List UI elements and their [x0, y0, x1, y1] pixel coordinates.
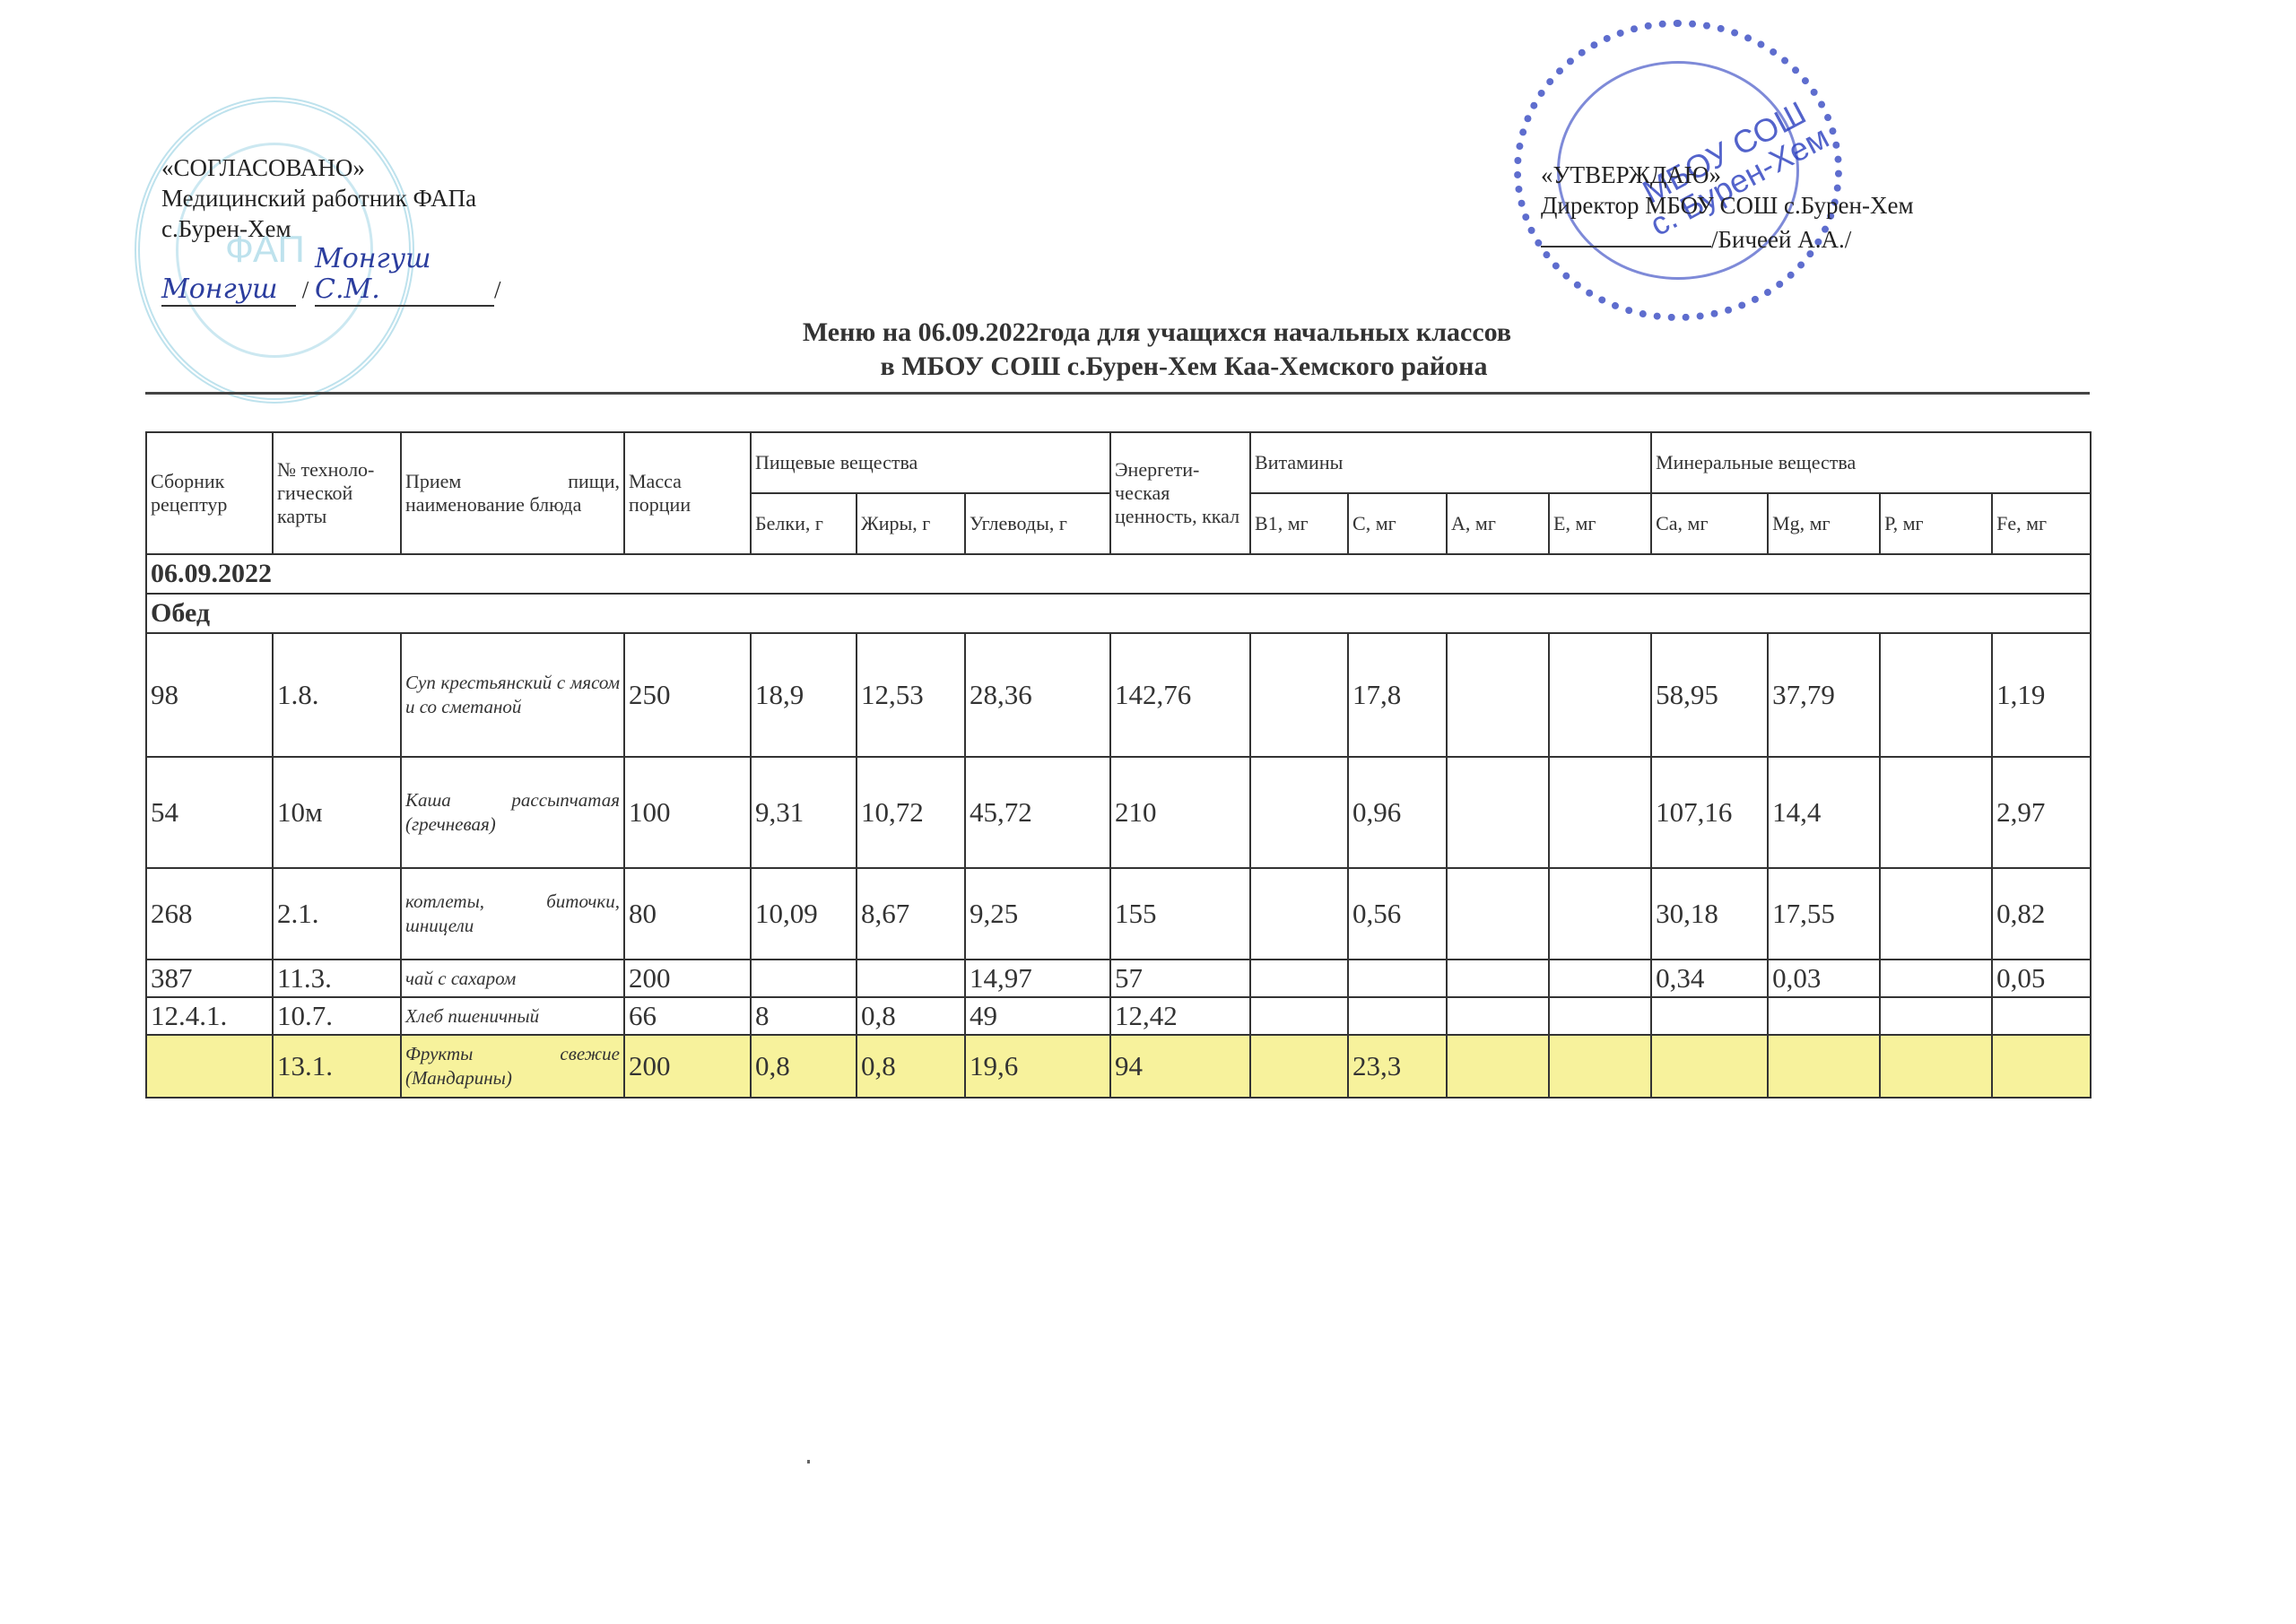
cell-dish: чай с сахаром — [401, 960, 624, 997]
cell-fat: 0,8 — [857, 997, 965, 1035]
approval-right-block: «УТВЕРЖДАЮ» Директор МБОУ СОШ с.Бурен-Хе… — [1541, 160, 1914, 255]
approval-heading: «СОГЛАСОВАНО» — [161, 152, 501, 183]
cell-mg: 37,79 — [1768, 633, 1880, 757]
header-protein: Белки, г — [751, 493, 857, 554]
cell-tech-card: 10.7. — [273, 997, 401, 1035]
cell-portion: 80 — [624, 868, 751, 960]
director-name: /Бичеей А.А./ — [1711, 226, 1851, 253]
cell-b1 — [1250, 633, 1348, 757]
cell-energy: 12,42 — [1110, 997, 1250, 1035]
cell-protein: 18,9 — [751, 633, 857, 757]
cell-p — [1880, 633, 1992, 757]
meal-row: Обед — [146, 594, 2091, 633]
cell-mg — [1768, 1035, 1880, 1098]
signature-line: /Бичеей А.А./ — [1541, 221, 1914, 255]
header-collection: Сборник рецептур — [146, 432, 273, 554]
header-mg: Mg, мг — [1768, 493, 1880, 554]
cell-portion: 100 — [624, 757, 751, 868]
table-row: 981.8.Суп крестьянский с мясом и со смет… — [146, 633, 2091, 757]
cell-ca — [1651, 997, 1768, 1035]
meal-label: Обед — [146, 594, 2091, 633]
menu-rows: 981.8.Суп крестьянский с мясом и со смет… — [146, 633, 2091, 1098]
date-label: 06.09.2022 — [146, 554, 2091, 594]
cell-fat — [857, 960, 965, 997]
cell-a — [1447, 997, 1549, 1035]
cell-b1 — [1250, 960, 1348, 997]
cell-carbs: 49 — [965, 997, 1110, 1035]
table-row: 13.1.Фрукты свежие (Мандарины)2000,80,81… — [146, 1035, 2091, 1098]
table-row: 12.4.1.10.7.Хлеб пшеничный6680,84912,42 — [146, 997, 2091, 1035]
cell-p — [1880, 868, 1992, 960]
signature-blank — [1541, 221, 1711, 248]
header-p: Р, мг — [1880, 493, 1992, 554]
approval-left-block: «СОГЛАСОВАНО» Медицинский работник ФАПа … — [161, 152, 501, 307]
header-row-1: Сборник рецептур № техноло-гической карт… — [146, 432, 2091, 493]
header-ca: Са, мг — [1651, 493, 1768, 554]
cell-fe: 0,05 — [1992, 960, 2091, 997]
cell-energy: 94 — [1110, 1035, 1250, 1098]
cell-mg: 14,4 — [1768, 757, 1880, 868]
cell-fat: 8,67 — [857, 868, 965, 960]
cell-protein: 9,31 — [751, 757, 857, 868]
table-row: 38711.3.чай с сахаром20014,97570,340,030… — [146, 960, 2091, 997]
cell-fat: 0,8 — [857, 1035, 965, 1098]
header-fe: Fe, мг — [1992, 493, 2091, 554]
cell-p — [1880, 997, 1992, 1035]
header-c: С, мг — [1348, 493, 1447, 554]
cell-protein: 10,09 — [751, 868, 857, 960]
cell-energy: 57 — [1110, 960, 1250, 997]
cell-energy: 142,76 — [1110, 633, 1250, 757]
header-nutrients: Пищевые вещества — [751, 432, 1110, 493]
page-title: Меню на 06.09.2022года для учащихся нача… — [0, 316, 2296, 384]
cell-portion: 66 — [624, 997, 751, 1035]
header-dish: Прием пищи, наименование блюда — [401, 432, 624, 554]
cell-protein: 0,8 — [751, 1035, 857, 1098]
cell-a — [1447, 757, 1549, 868]
cell-tech-card: 1.8. — [273, 633, 401, 757]
cell-collection: 12.4.1. — [146, 997, 273, 1035]
cell-tech-card: 13.1. — [273, 1035, 401, 1098]
cell-c — [1348, 997, 1447, 1035]
cell-ca: 58,95 — [1651, 633, 1768, 757]
title-line-1: Меню на 06.09.2022года для учащихся нача… — [0, 316, 2296, 350]
header-carbs: Углеводы, г — [965, 493, 1110, 554]
cell-fe: 2,97 — [1992, 757, 2091, 868]
cell-fe — [1992, 997, 2091, 1035]
approval-village: с.Бурен-Хем — [161, 213, 501, 244]
cell-carbs: 9,25 — [965, 868, 1110, 960]
cell-fe: 0,82 — [1992, 868, 2091, 960]
cell-a — [1447, 868, 1549, 960]
cell-dish: котлеты, биточки, шницели — [401, 868, 624, 960]
cell-dish: Хлеб пшеничный — [401, 997, 624, 1035]
table-row: 5410мКаша рассыпчатая (гречневая)1009,31… — [146, 757, 2091, 868]
header-tech-card: № техноло-гической карты — [273, 432, 401, 554]
cell-carbs: 14,97 — [965, 960, 1110, 997]
cell-collection — [146, 1035, 273, 1098]
cell-energy: 210 — [1110, 757, 1250, 868]
cell-e — [1549, 997, 1651, 1035]
cell-c: 17,8 — [1348, 633, 1447, 757]
cell-fe — [1992, 1035, 2091, 1098]
signature-name: Монгуш С.М. — [315, 244, 494, 307]
cell-protein — [751, 960, 857, 997]
cell-b1 — [1250, 868, 1348, 960]
cell-p — [1880, 960, 1992, 997]
cell-tech-card: 2.1. — [273, 868, 401, 960]
cell-fat: 12,53 — [857, 633, 965, 757]
cell-portion: 250 — [624, 633, 751, 757]
approval-position: Медицинский работник ФАПа — [161, 183, 501, 213]
cell-protein: 8 — [751, 997, 857, 1035]
cell-portion: 200 — [624, 1035, 751, 1098]
menu-table: Сборник рецептур № техноло-гической карт… — [145, 431, 2092, 1099]
cell-p — [1880, 757, 1992, 868]
cell-b1 — [1250, 757, 1348, 868]
cell-tech-card: 10м — [273, 757, 401, 868]
cell-collection: 54 — [146, 757, 273, 868]
cell-a — [1447, 633, 1549, 757]
approval-position: Директор МБОУ СОШ с.Бурен-Хем — [1541, 190, 1914, 221]
cell-dish: Суп крестьянский с мясом и со сметаной — [401, 633, 624, 757]
cell-e — [1549, 633, 1651, 757]
title-line-2: в МБОУ СОШ с.Бурен-Хем Каа-Хемского райо… — [0, 350, 2296, 384]
date-row: 06.09.2022 — [146, 554, 2091, 594]
cell-ca: 107,16 — [1651, 757, 1768, 868]
header-energy: Энергети-ческая ценность, ккал — [1110, 432, 1250, 554]
cell-fe: 1,19 — [1992, 633, 2091, 757]
header-minerals: Минеральные вещества — [1651, 432, 2091, 493]
cell-e — [1549, 1035, 1651, 1098]
cell-a — [1447, 1035, 1549, 1098]
cell-c: 0,96 — [1348, 757, 1447, 868]
signature: Монгуш — [161, 274, 296, 307]
header-vitamins: Витамины — [1250, 432, 1651, 493]
cell-mg — [1768, 997, 1880, 1035]
title-divider — [145, 392, 2090, 395]
cell-mg: 17,55 — [1768, 868, 1880, 960]
cell-e — [1549, 868, 1651, 960]
cell-mg: 0,03 — [1768, 960, 1880, 997]
cell-ca: 30,18 — [1651, 868, 1768, 960]
signature-line: Монгуш / Монгуш С.М./ — [161, 244, 501, 307]
header-a: А, мг — [1447, 493, 1549, 554]
cell-ca — [1651, 1035, 1768, 1098]
approval-heading: «УТВЕРЖДАЮ» — [1541, 160, 1914, 190]
cell-b1 — [1250, 1035, 1348, 1098]
cell-carbs: 19,6 — [965, 1035, 1110, 1098]
header-b1: В1, мг — [1250, 493, 1348, 554]
cell-e — [1549, 757, 1651, 868]
scan-speck — [807, 1460, 810, 1463]
cell-a — [1447, 960, 1549, 997]
cell-dish: Фрукты свежие (Мандарины) — [401, 1035, 624, 1098]
cell-e — [1549, 960, 1651, 997]
cell-fat: 10,72 — [857, 757, 965, 868]
cell-p — [1880, 1035, 1992, 1098]
cell-collection: 98 — [146, 633, 273, 757]
cell-carbs: 45,72 — [965, 757, 1110, 868]
cell-c — [1348, 960, 1447, 997]
cell-carbs: 28,36 — [965, 633, 1110, 757]
cell-ca: 0,34 — [1651, 960, 1768, 997]
cell-c: 0,56 — [1348, 868, 1447, 960]
header-fat: Жиры, г — [857, 493, 965, 554]
header-e: Е, мг — [1549, 493, 1651, 554]
cell-energy: 155 — [1110, 868, 1250, 960]
cell-tech-card: 11.3. — [273, 960, 401, 997]
cell-dish: Каша рассыпчатая (гречневая) — [401, 757, 624, 868]
cell-b1 — [1250, 997, 1348, 1035]
cell-c: 23,3 — [1348, 1035, 1447, 1098]
cell-collection: 387 — [146, 960, 273, 997]
table-row: 2682.1.котлеты, биточки, шницели8010,098… — [146, 868, 2091, 960]
cell-collection: 268 — [146, 868, 273, 960]
cell-portion: 200 — [624, 960, 751, 997]
header-portion: Масса порции — [624, 432, 751, 554]
